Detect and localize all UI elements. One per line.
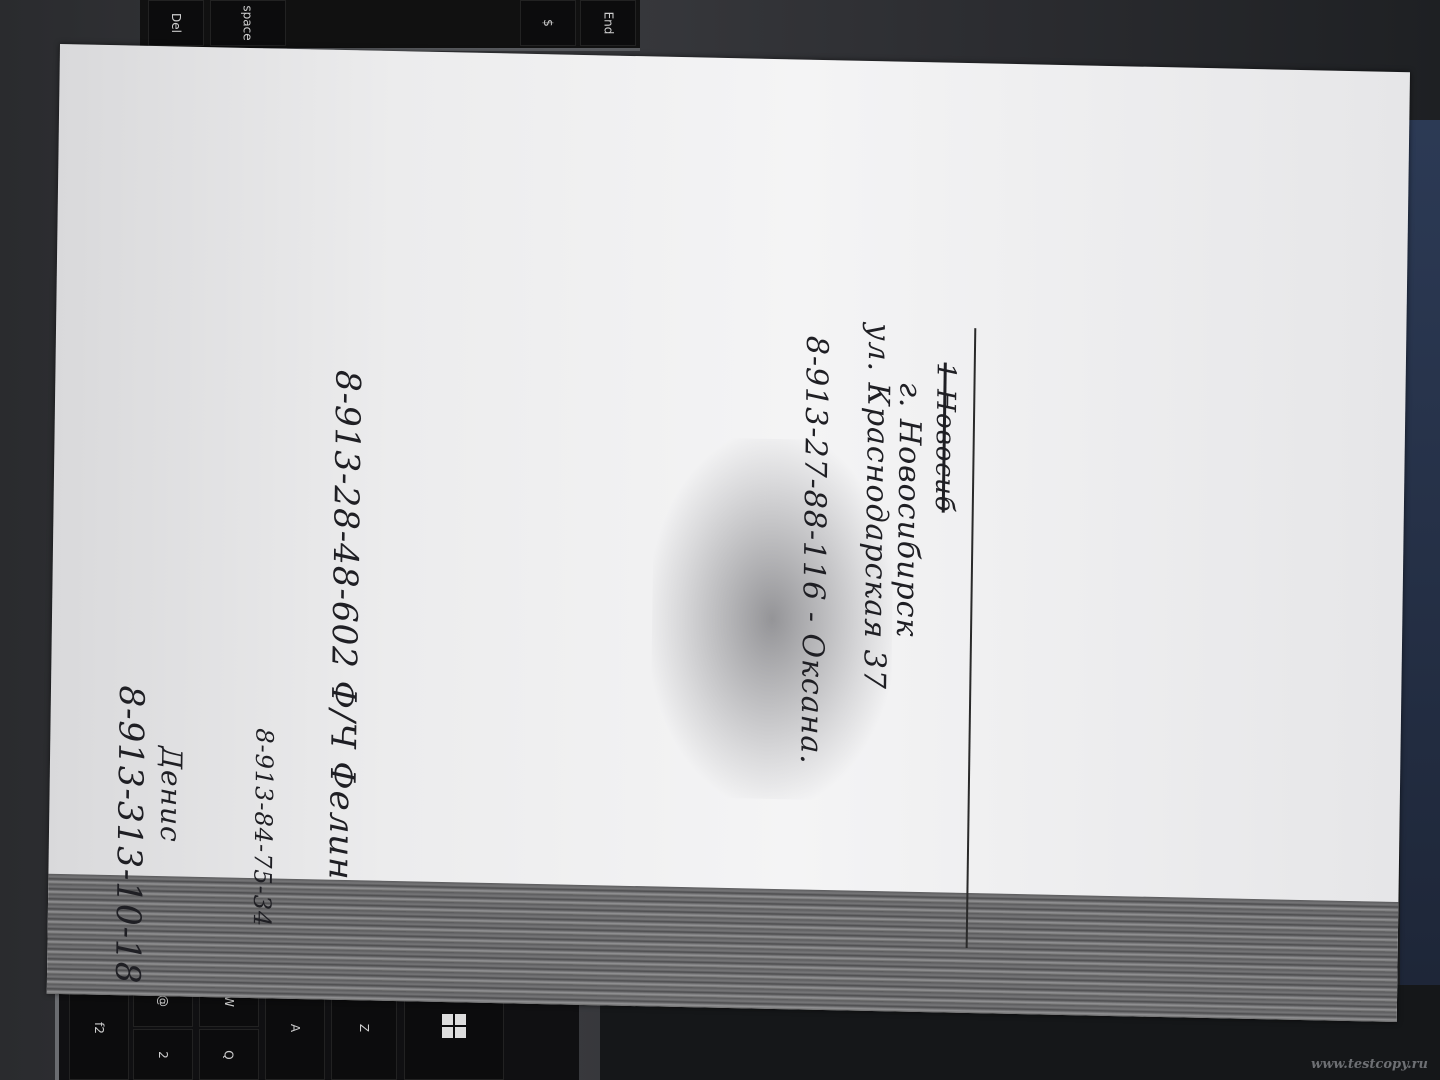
key-2: 2 [133, 1029, 193, 1080]
watermark: www.testcopy.ru [1311, 1057, 1428, 1072]
key-q: Q [199, 1029, 259, 1080]
key-end: End [580, 0, 636, 46]
key-del: Del [148, 0, 204, 46]
note-left-name-1: Денис [154, 746, 188, 843]
note-heading-struck: 1 Новосиб [929, 362, 961, 513]
keyboard-top-row: Del space $ End [140, 0, 640, 51]
note-left-number-2: 8-913-84-75-34 [248, 728, 279, 928]
note-phone-line: 8-913-27-88-116 - Оксана. [793, 335, 834, 765]
note-left-number-1: 8-913-313-10-18 [107, 685, 151, 985]
paper-sheet: 1 Новосиб г. Новосибирск ул. Краснодарск… [47, 44, 1410, 1022]
note-left-number-3: 8-913-28-48-602 Ф/Ч Фелин [320, 370, 367, 881]
note-street-line: ул. Краснодарская 37 [856, 323, 896, 690]
windows-logo-icon [441, 1013, 467, 1042]
key-dollar: $ [520, 0, 576, 46]
key-backspace: space [210, 0, 286, 46]
ruled-line [966, 328, 977, 948]
